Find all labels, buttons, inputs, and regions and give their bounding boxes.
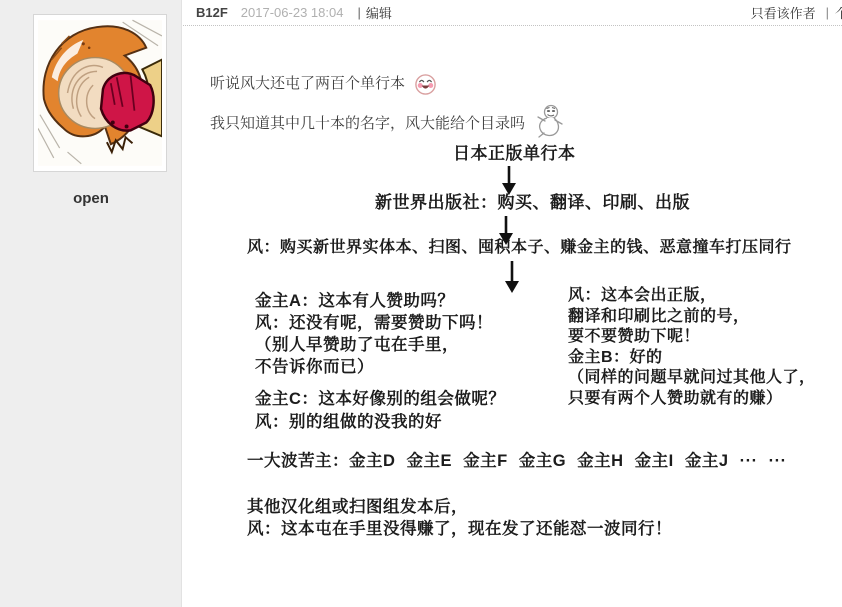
diagram-ending-block: 其他汉化组或扫图组发本后， 风：这本屯在手里没得赚了，现在发了还能怼一波同行！: [247, 497, 672, 540]
author-sidebar: open: [0, 0, 182, 607]
avatar[interactable]: [33, 14, 167, 172]
down-arrow-icon: [498, 166, 520, 195]
separator: |: [826, 5, 829, 20]
down-arrow-icon: [501, 261, 523, 293]
view-author-link[interactable]: 只看该作者: [751, 3, 816, 22]
edit-link[interactable]: 编辑: [366, 3, 392, 22]
ghost-doodle-emoji-icon: [534, 104, 564, 138]
clipped-edge-item[interactable]: 个: [835, 3, 842, 22]
post-header: B12F 2017-06-23 18:04 | 编辑 只看该作者 | 个: [183, 0, 842, 26]
laughing-blush-emoji-icon: [414, 73, 437, 96]
post-timestamp: 2017-06-23 18:04: [241, 5, 344, 20]
post-text-line-1: 听说风大还屯了两百个单行本: [210, 72, 437, 96]
diagram-feng-line: 风：购买新世界实体本、扫图、囤积本子、赚金主的钱、恶意撞车打压同行: [247, 240, 792, 256]
diagram-victims-line: 一大波苦主：金主D 金主E 金主F 金主G 金主H 金主I 金主J ··· ··…: [247, 453, 787, 470]
diagram-sponsor-a-block: 金主A：这本有人赞助吗？ 风：还没有呢，需要赞助下吗！ （别人早赞助了屯在手里，…: [255, 290, 493, 378]
diagram-sponsor-c-block: 金主C：这本好像别的组会做呢？ 风：别的组做的没我的好: [255, 388, 505, 433]
floor-label: B12F: [196, 5, 228, 20]
diagram-publisher-line: 新世界出版社：购买、翻译、印刷、出版: [375, 194, 690, 211]
post-panel: B12F 2017-06-23 18:04 | 编辑 只看该作者 | 个 听说风…: [183, 0, 842, 607]
diagram-title: 日本正版单行本: [453, 145, 576, 162]
separator: |: [357, 5, 360, 20]
post-text-line-2: 我只知道其中几十本的名字，风大能给个目录吗: [210, 104, 564, 138]
author-username[interactable]: open: [0, 190, 182, 207]
post-body: 听说风大还屯了两百个单行本 我只知道其中几十本的名字，风大能给个目录吗 日本: [183, 26, 842, 606]
anime-punch-avatar-icon: [38, 19, 162, 167]
diagram-feng-b-block: 风：这本会出正版， 翻译和印刷比之前的号， 要不要赞助下呢！ 金主B：好的 （同…: [568, 286, 816, 409]
